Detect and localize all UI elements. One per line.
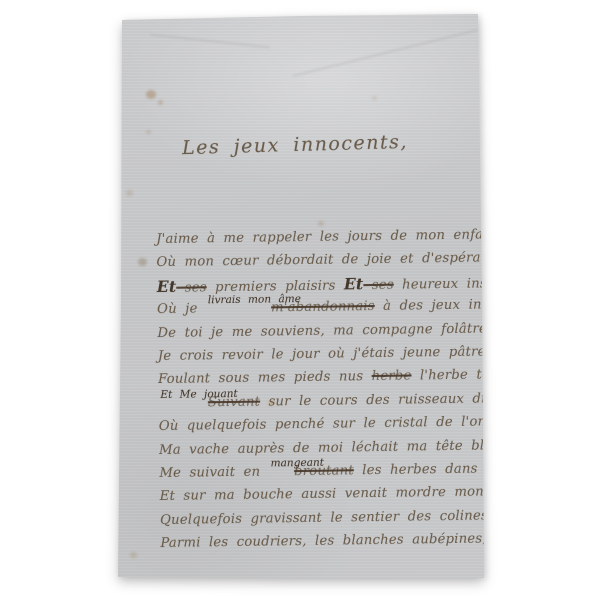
poem-text: Où mon cœur débordait de joie et d'espér… bbox=[156, 250, 509, 270]
manuscript-photo: Les jeux innocents, J'aime à me rappeler… bbox=[0, 0, 600, 600]
struck-word: ses bbox=[176, 280, 207, 295]
poem-text: Quelquefois gravissant le sentier des co… bbox=[160, 508, 488, 528]
poem-text: De toi je me souviens, ma compagne folât… bbox=[157, 321, 491, 341]
inserted-correction: livrais mon âme bbox=[208, 288, 302, 313]
poem-text: Ma vache auprès de moi léchait ma tête b… bbox=[159, 437, 522, 457]
foxing-stain bbox=[126, 190, 133, 196]
poem-lines: J'aime à me rappeler les jours de mon en… bbox=[156, 223, 491, 555]
poem-title: Les jeux innocents, bbox=[150, 130, 441, 160]
struck-word: ses bbox=[363, 277, 394, 292]
foxing-stain bbox=[138, 258, 147, 266]
foxing-stain bbox=[372, 96, 377, 100]
manuscript-paper: Les jeux innocents, J'aime à me rappeler… bbox=[0, 0, 600, 600]
poem-text: Et sur ma bouche aussi venait mordre mon… bbox=[160, 484, 527, 504]
paper-crease bbox=[150, 34, 270, 49]
poem-text: Me suivait en bbox=[159, 464, 268, 481]
inserted-correction: Et Me jouant bbox=[160, 383, 238, 407]
poem-line: Parmi les coudriers, les blanches aubépi… bbox=[160, 527, 490, 555]
inserted-correction: mangeant bbox=[270, 452, 324, 476]
poem-text: Parmi les coudriers, les blanches aubépi… bbox=[160, 531, 487, 551]
poem-text: heureux instants bbox=[394, 276, 522, 293]
foxing-stain bbox=[130, 552, 137, 558]
poem-text: Et bbox=[157, 277, 177, 296]
paper-crease bbox=[293, 29, 478, 77]
struck-word: herbe bbox=[372, 369, 412, 385]
poem-text: à des jeux innocents. bbox=[375, 297, 540, 314]
foxing-stain bbox=[146, 130, 151, 134]
poem-text: J'aime à me rappeler les jours de mon en… bbox=[156, 227, 512, 247]
foxing-stain bbox=[158, 100, 163, 105]
poem-text: l'herbe tendre des prés, bbox=[411, 366, 596, 384]
poem-text: Où quelquefois penché sur le cristal de … bbox=[159, 414, 508, 434]
paper-shadow: Les jeux innocents, J'aime à me rappeler… bbox=[0, 0, 600, 600]
foxing-stain bbox=[146, 90, 156, 99]
poem-text: Et bbox=[344, 274, 364, 293]
poem-text: les herbes dans ma main, bbox=[354, 460, 554, 478]
poem-text: Où je bbox=[157, 301, 206, 317]
poem-text: Je crois revoir le jour où j'étais jeune… bbox=[158, 344, 490, 364]
poem-text: sur le cours des ruisseaux diaprés, bbox=[260, 391, 528, 410]
